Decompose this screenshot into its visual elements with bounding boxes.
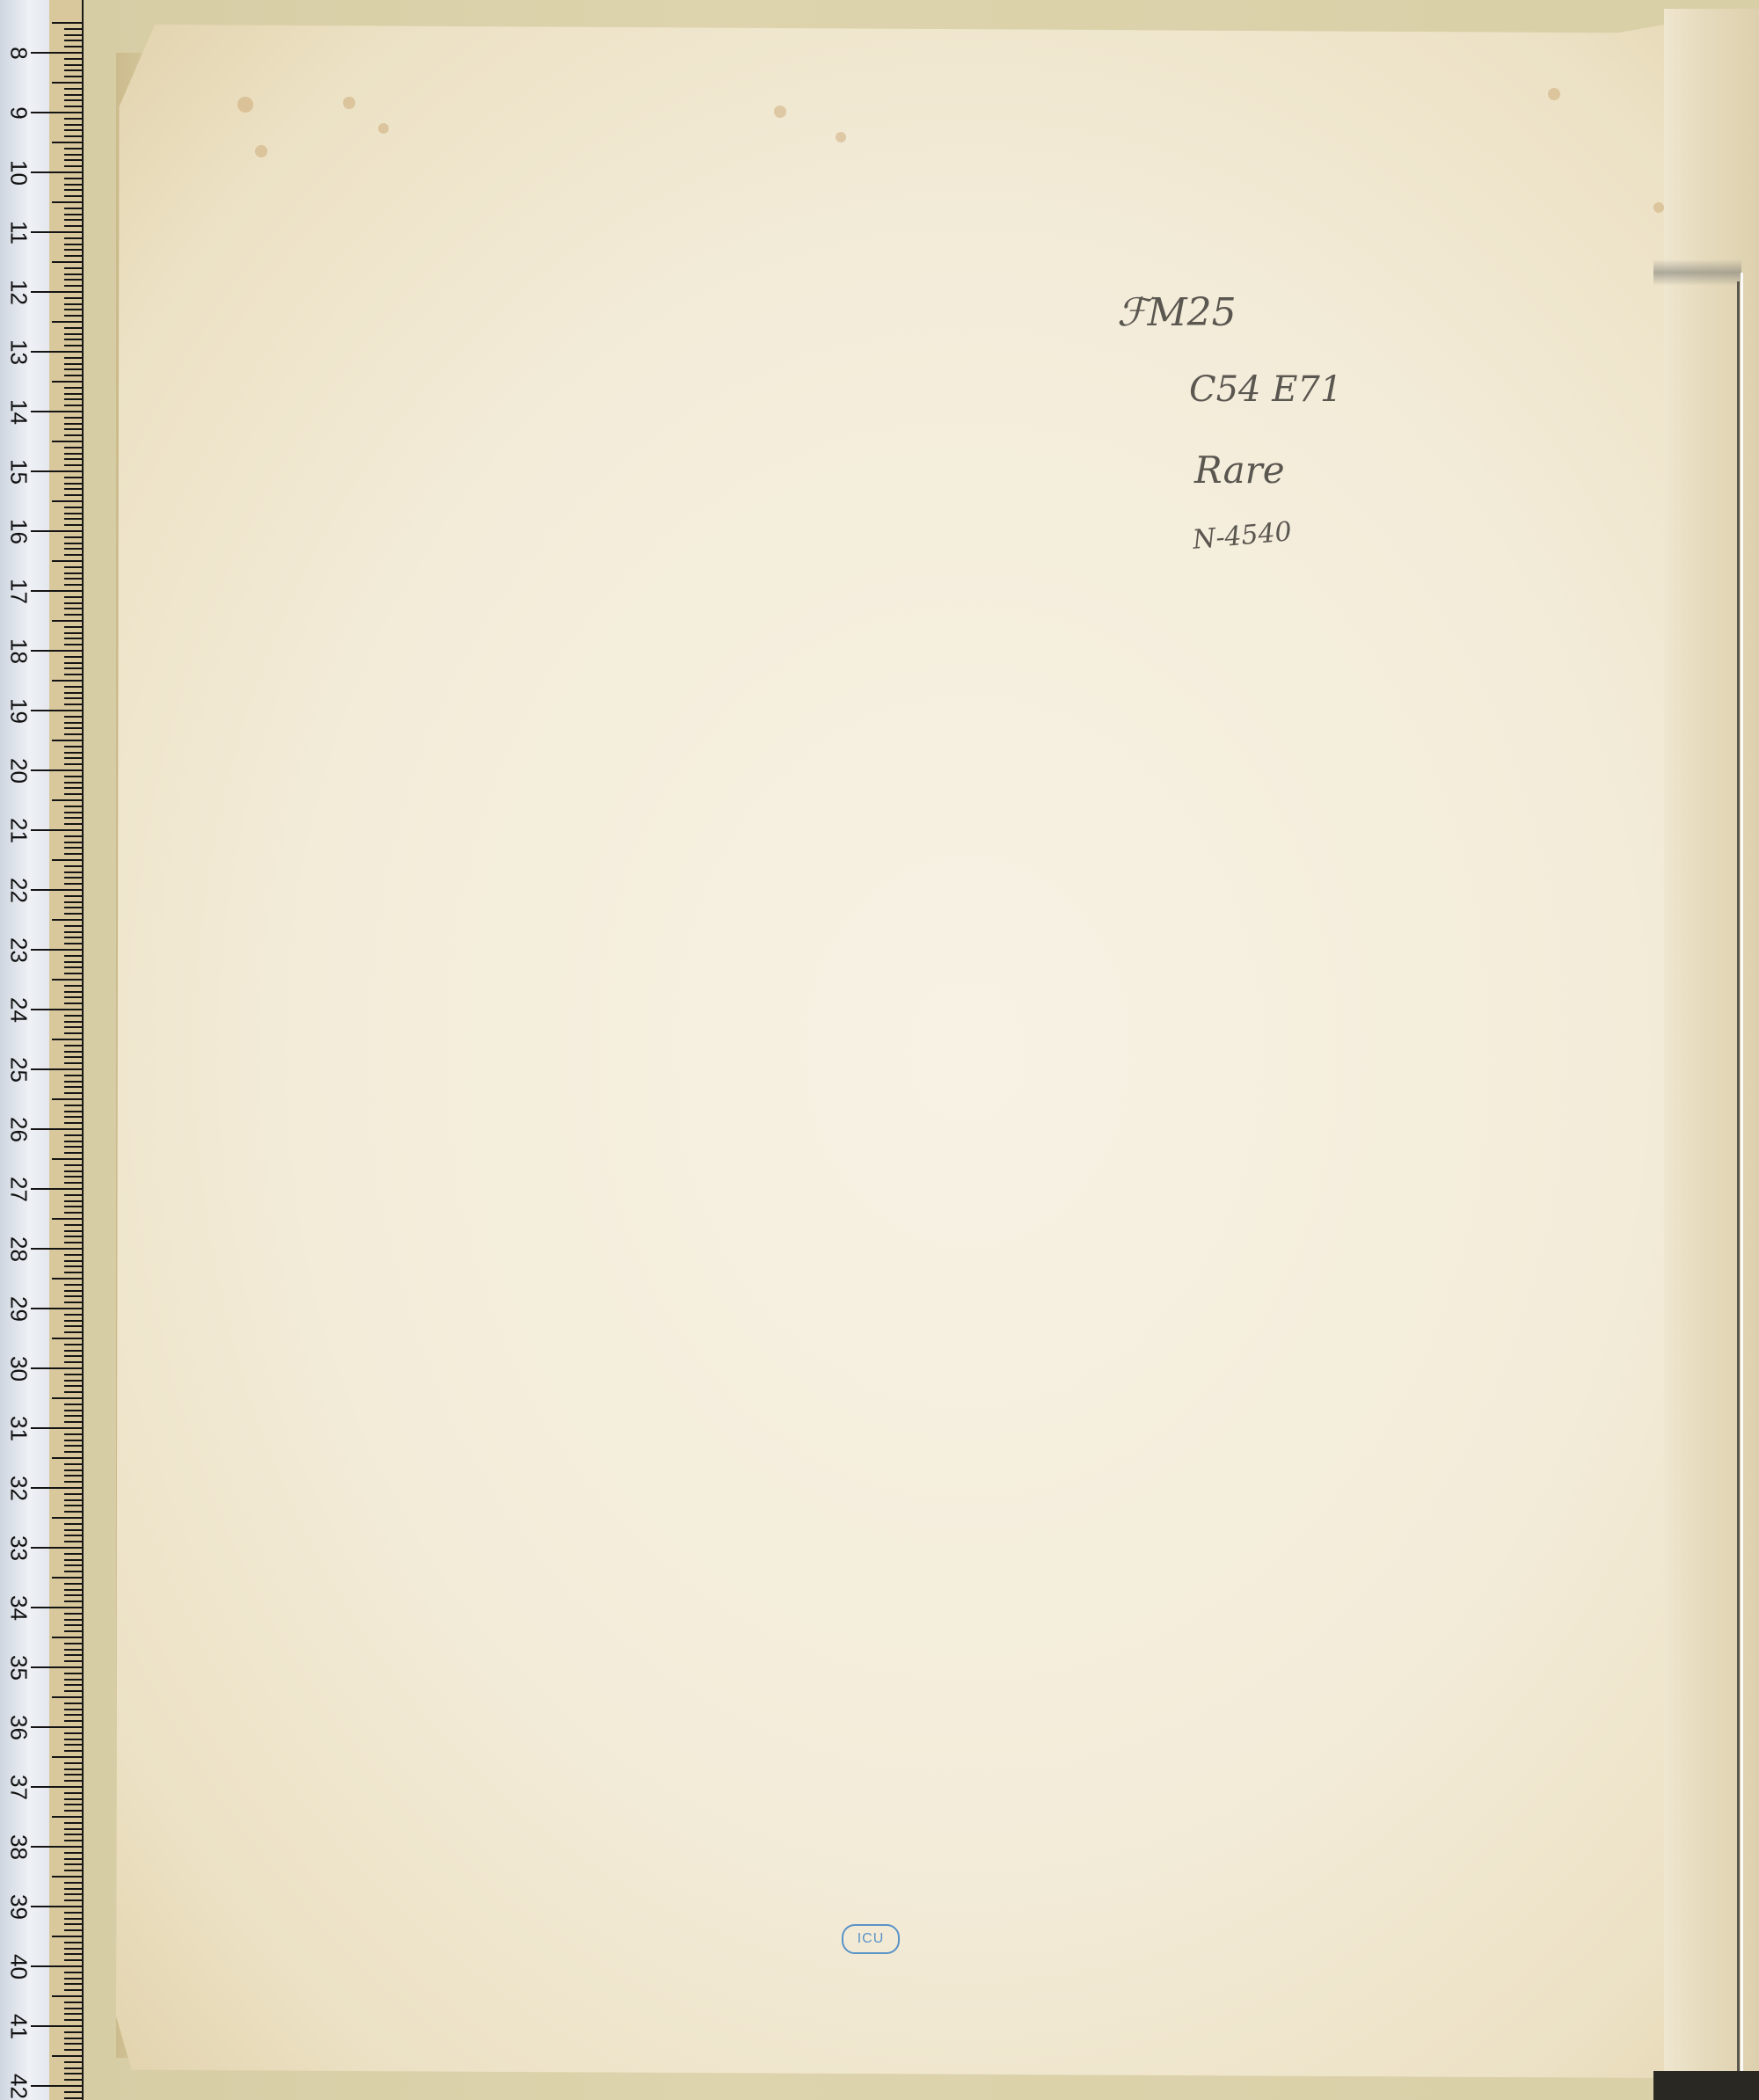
ruler-tick (64, 428, 82, 430)
binding-shadow (1653, 2071, 1759, 2100)
ruler-tick (31, 1965, 82, 1967)
page-fold-tear (1653, 259, 1741, 286)
ruler-tick (64, 273, 82, 275)
ruler-tick (64, 1541, 82, 1542)
ruler-tick (64, 704, 82, 705)
ruler-tick (64, 812, 82, 813)
ruler-tick (64, 327, 82, 329)
ruler-tick (64, 1170, 82, 1172)
ruler-tick (64, 632, 82, 634)
ruler-tick (64, 584, 82, 586)
ruler-tick (64, 1331, 82, 1333)
ruler-tick (31, 1547, 82, 1549)
ruler-tick (31, 1188, 82, 1190)
ruler-tick (64, 1535, 82, 1536)
ruler-number: 9 (5, 100, 33, 127)
ruler-tick (52, 1637, 82, 1638)
ruler-number: 39 (5, 1894, 33, 1921)
ruler-tick (64, 1355, 82, 1357)
ruler-tick (64, 1475, 82, 1477)
ruler-tick (64, 782, 82, 784)
ruler-tick (64, 763, 82, 765)
ruler-number: 28 (5, 1236, 33, 1263)
ruler-tick (64, 1594, 82, 1596)
ruler-tick (52, 1876, 82, 1878)
ruler-tick (64, 1045, 82, 1046)
ruler-tick (64, 686, 82, 688)
ruler-number: 40 (5, 1954, 33, 1980)
ruler-tick (31, 1068, 82, 1070)
ruler-tick (31, 2085, 82, 2087)
ruler-tick (64, 315, 82, 317)
ruler-tick (64, 64, 82, 66)
ruler-tick (64, 1553, 82, 1555)
measurement-ruler: 8910111213141516171819202122232425262728… (0, 0, 84, 2100)
ruler-tick (52, 1577, 82, 1579)
ruler-tick (64, 434, 82, 436)
ruler-tick (64, 1032, 82, 1034)
ruler-tick (64, 1284, 82, 1286)
ruler-tick (64, 2019, 82, 2021)
ruler-tick (64, 1720, 82, 1722)
ruler-tick (64, 608, 82, 609)
ruler-tick (64, 1440, 82, 1441)
ruler-tick (31, 710, 82, 711)
ruler-tick (64, 1224, 82, 1226)
ruler-tick (64, 165, 82, 167)
ruler-tick (52, 560, 82, 562)
ruler-tick (64, 1972, 82, 1973)
ruler-tick (64, 1451, 82, 1453)
ruler-tick (64, 255, 82, 257)
ruler-tick (64, 835, 82, 837)
ruler-tick (64, 154, 82, 156)
ruler-tick (64, 1272, 82, 1273)
ruler-tick (64, 602, 82, 604)
ruler-tick (64, 895, 82, 897)
ruler-tick (64, 1798, 82, 1800)
ruler-tick (52, 1936, 82, 1937)
ruler-number: 42 (5, 2074, 33, 2100)
ruler-tick (64, 931, 82, 933)
ruler-tick (64, 106, 82, 107)
ruler-tick (64, 375, 82, 376)
ruler-number: 37 (5, 1775, 33, 1801)
ruler-tick (31, 1427, 82, 1429)
note-line-1: ℱM25 (1117, 290, 1237, 335)
ruler-tick (64, 596, 82, 598)
ruler-tick (31, 530, 82, 532)
ruler-tick (64, 195, 82, 197)
ruler-tick (64, 2049, 82, 2051)
ruler-tick (64, 124, 82, 126)
ruler-tick (64, 626, 82, 628)
ruler-tick (64, 219, 82, 221)
ruler-number: 22 (5, 878, 33, 904)
ruler-tick (64, 1320, 82, 1322)
ruler-tick (64, 94, 82, 96)
ruler-tick (64, 1828, 82, 1830)
ruler-tick (52, 201, 82, 203)
ruler-tick (52, 620, 82, 622)
ruler-tick (64, 1344, 82, 1345)
ruler-tick (64, 513, 82, 514)
ruler-tick (64, 1571, 82, 1572)
ruler-tick (64, 1481, 82, 1483)
ruler-tick (64, 1679, 82, 1681)
ruler-tick (52, 142, 82, 143)
ruler-tick (64, 1015, 82, 1017)
ruler-tick (31, 1128, 82, 1130)
ruler-tick (64, 1194, 82, 1196)
ruler-tick (64, 1295, 82, 1297)
ruler-number: 12 (5, 280, 33, 306)
ruler-tick (31, 52, 82, 54)
ruler-tick (52, 1039, 82, 1040)
ruler-tick (64, 1978, 82, 1980)
ruler-tick (64, 148, 82, 149)
ruler-tick (31, 411, 82, 412)
ruler-tick (64, 1893, 82, 1895)
ruler-tick (31, 1726, 82, 1728)
ruler-tick (64, 1003, 82, 1004)
ruler-tick (64, 1858, 82, 1860)
ruler-tick (31, 889, 82, 891)
ruler-tick (64, 1134, 82, 1136)
ruler-tick (64, 1750, 82, 1752)
ruler-tick (64, 1774, 82, 1776)
ruler-tick (64, 697, 82, 699)
ruler-tick (64, 237, 82, 239)
ruler-tick (52, 500, 82, 502)
ruler-tick (64, 1589, 82, 1591)
ruler-tick (64, 776, 82, 777)
ruler-tick (64, 806, 82, 807)
note-line-3: Rare (1194, 448, 1285, 492)
ruler-number: 14 (5, 399, 33, 426)
ruler-tick (31, 829, 82, 831)
ruler-tick (64, 184, 82, 186)
ruler-tick (64, 387, 82, 389)
ruler-tick (64, 208, 82, 209)
ruler-tick (31, 1666, 82, 1668)
ruler-tick (64, 76, 82, 77)
ruler-tick (64, 1529, 82, 1531)
ruler-tick (31, 351, 82, 353)
ruler-tick (64, 1314, 82, 1316)
ruler-tick (64, 943, 82, 944)
ruler-tick (31, 590, 82, 592)
foxing-spot (343, 97, 355, 109)
ruler-number: 20 (5, 758, 33, 784)
ruler-tick (64, 458, 82, 460)
ruler-tick (64, 1116, 82, 1118)
ruler-tick (64, 1810, 82, 1812)
ruler-tick (64, 2043, 82, 2045)
ruler-tick (31, 231, 82, 233)
ruler-tick (64, 129, 82, 131)
ruler-tick (64, 1302, 82, 1303)
ruler-tick (64, 1583, 82, 1585)
ruler-tick (64, 518, 82, 520)
ruler-tick (31, 949, 82, 951)
ruler-tick (52, 680, 82, 682)
ruler-tick (64, 716, 82, 718)
ruler-tick (64, 1660, 82, 1662)
ruler-tick (64, 28, 82, 30)
ruler-tick (64, 842, 82, 843)
ruler-tick (52, 1158, 82, 1160)
ruler-tick (64, 2031, 82, 2033)
ruler-tick (64, 1152, 82, 1154)
ruler-number: 21 (5, 818, 33, 844)
ruler-tick (64, 1882, 82, 1884)
ruler-tick (64, 1780, 82, 1782)
ruler-tick (64, 2091, 82, 2093)
ruler-tick (64, 1290, 82, 1292)
ruler-tick (64, 883, 82, 885)
ruler-tick (64, 339, 82, 340)
ruler-tick (64, 1415, 82, 1417)
ruler-tick (64, 88, 82, 90)
ruler-tick (64, 752, 82, 754)
ruler-tick (52, 1397, 82, 1399)
ruler-tick (64, 1511, 82, 1513)
ruler-tick (64, 447, 82, 448)
ruler-tick (64, 309, 82, 310)
ruler-tick (31, 1009, 82, 1010)
ruler-tick (64, 1051, 82, 1053)
ruler-tick (64, 1421, 82, 1423)
ruler-tick (64, 2079, 82, 2081)
ruler-tick (64, 1912, 82, 1914)
ruler-tick (64, 1445, 82, 1447)
ruler-tick (64, 225, 82, 227)
ruler-tick (64, 1942, 82, 1943)
ruler-tick (52, 1338, 82, 1339)
ruler-tick (52, 979, 82, 981)
ruler-tick (64, 757, 82, 759)
ruler-tick (64, 1792, 82, 1794)
ruler-tick (64, 1260, 82, 1262)
ruler-tick (52, 261, 82, 263)
ruler-number: 13 (5, 339, 33, 366)
ruler-tick (64, 901, 82, 903)
ruler-tick (64, 1206, 82, 1207)
ruler-tick (64, 1499, 82, 1501)
ruler-tick (64, 1374, 82, 1375)
library-stamp: ICU (842, 1924, 900, 1954)
ruler-tick (64, 1899, 82, 1901)
ruler-tick (64, 1673, 82, 1674)
foxing-spot (378, 123, 389, 134)
ruler-tick (64, 1265, 82, 1267)
ruler-tick (31, 1906, 82, 1907)
ruler-tick (64, 1236, 82, 1237)
ruler-tick (64, 1212, 82, 1214)
ruler-tick (64, 1493, 82, 1495)
foxing-spot (774, 106, 786, 118)
ruler-tick (64, 1619, 82, 1621)
ruler-tick (64, 1601, 82, 1602)
ruler-tick (64, 189, 82, 191)
ruler-tick (64, 937, 82, 938)
ruler-number: 11 (5, 220, 33, 246)
ruler-tick (64, 865, 82, 867)
ruler-tick (64, 667, 82, 669)
ruler-number: 32 (5, 1476, 33, 1502)
ruler-tick (64, 1768, 82, 1770)
binding-thread (1741, 273, 1743, 2075)
ruler-tick (64, 1714, 82, 1716)
ruler-tick (52, 1696, 82, 1698)
ruler-tick (64, 847, 82, 849)
ruler-tick (64, 1105, 82, 1106)
ruler-tick (64, 405, 82, 406)
ruler-tick (64, 1404, 82, 1405)
note-line-2: C54 E71 (1189, 369, 1342, 410)
ruler-number: 10 (5, 160, 33, 186)
blank-page (116, 25, 1664, 2078)
ruler-tick (64, 1744, 82, 1746)
ruler-tick (64, 1523, 82, 1525)
ruler-tick (64, 1840, 82, 1841)
ruler-tick (31, 1248, 82, 1250)
ruler-tick (64, 1463, 82, 1465)
ruler-tick (64, 393, 82, 395)
ruler-tick (64, 793, 82, 795)
ruler-tick (64, 135, 82, 137)
ruler-tick (64, 1953, 82, 1955)
ruler-number: 33 (5, 1535, 33, 1562)
ruler-number: 36 (5, 1715, 33, 1741)
ruler-tick (52, 1816, 82, 1818)
ruler-tick (31, 769, 82, 771)
ruler-tick (64, 423, 82, 425)
ruler-tick (64, 1230, 82, 1232)
ruler-tick (52, 1517, 82, 1519)
ruler-tick (64, 955, 82, 957)
ruler-tick (64, 178, 82, 179)
ruler-tick (64, 285, 82, 287)
ruler-tick (64, 1254, 82, 1256)
ruler-tick (64, 961, 82, 963)
ruler-tick (52, 1098, 82, 1100)
ruler-tick (64, 1021, 82, 1023)
ruler-number: 35 (5, 1655, 33, 1681)
ruler-tick (64, 692, 82, 694)
ruler-tick (64, 1081, 82, 1083)
ruler-tick (64, 1613, 82, 1615)
ruler-tick (64, 363, 82, 365)
ruler-tick (64, 1182, 82, 1184)
ruler-tick (64, 1122, 82, 1124)
ruler-tick (64, 2008, 82, 2009)
ruler-tick (52, 919, 82, 921)
ruler-tick (64, 297, 82, 299)
ruler-tick (64, 1852, 82, 1854)
foxing-spot (237, 97, 253, 113)
foxing-spot (1548, 88, 1560, 100)
ruler-tick (52, 1995, 82, 1997)
ruler-tick (64, 1709, 82, 1710)
ruler-tick (64, 1086, 82, 1088)
ruler-tick (64, 1325, 82, 1327)
ruler-tick (64, 1062, 82, 1064)
ruler-tick (64, 2002, 82, 2003)
ruler-tick (64, 303, 82, 305)
ruler-tick (64, 1176, 82, 1178)
ruler-tick (64, 2038, 82, 2039)
ruler-tick (64, 733, 82, 735)
ruler-tick (64, 1433, 82, 1435)
ruler-tick (64, 483, 82, 485)
ruler-number: 8 (5, 40, 33, 67)
ruler-tick (64, 1624, 82, 1626)
ruler-number: 18 (5, 638, 33, 665)
ruler-tick (64, 2061, 82, 2063)
ruler-tick (64, 1732, 82, 1734)
ruler-number: 19 (5, 698, 33, 725)
ruler-tick (52, 799, 82, 801)
ruler-tick (52, 441, 82, 442)
ruler-tick (52, 381, 82, 383)
ruler-tick (64, 1410, 82, 1411)
ruler-tick (64, 853, 82, 855)
ruler-tick (64, 494, 82, 496)
ruler-tick (64, 69, 82, 71)
ruler-tick (64, 973, 82, 974)
ruler-tick (31, 1846, 82, 1848)
ruler-tick (64, 368, 82, 370)
ruler-tick (64, 1559, 82, 1561)
ruler-tick (64, 996, 82, 998)
book-spine (1664, 9, 1759, 2084)
ruler-tick (64, 488, 82, 490)
ruler-tick (64, 1361, 82, 1363)
ruler-tick (64, 1834, 82, 1835)
ruler-tick (64, 1703, 82, 1704)
ruler-tick (64, 417, 82, 419)
ruler-tick (64, 966, 82, 968)
ruler-tick (64, 787, 82, 789)
ruler-tick (64, 638, 82, 639)
ruler-tick (64, 214, 82, 215)
ruler-tick (64, 1684, 82, 1686)
ruler-tick (64, 1948, 82, 1950)
ruler-number: 29 (5, 1296, 33, 1323)
ruler-tick (64, 398, 82, 400)
ruler-number: 24 (5, 997, 33, 1024)
ruler-tick (64, 1056, 82, 1058)
ruler-tick (64, 925, 82, 927)
ruler-tick (64, 159, 82, 161)
ruler-tick (52, 321, 82, 323)
ruler-tick (64, 507, 82, 508)
ruler-edge (82, 0, 84, 2100)
ruler-tick (64, 991, 82, 993)
ruler-number: 30 (5, 1356, 33, 1382)
ruler-tick (64, 985, 82, 987)
ruler-tick (64, 554, 82, 556)
ruler-tick (64, 1164, 82, 1166)
ruler-tick (64, 1141, 82, 1142)
ruler-tick (52, 740, 82, 741)
ruler-number: 17 (5, 579, 33, 605)
ruler-tick (64, 674, 82, 675)
ruler-tick (31, 650, 82, 652)
ruler-number: 41 (5, 2014, 33, 2040)
